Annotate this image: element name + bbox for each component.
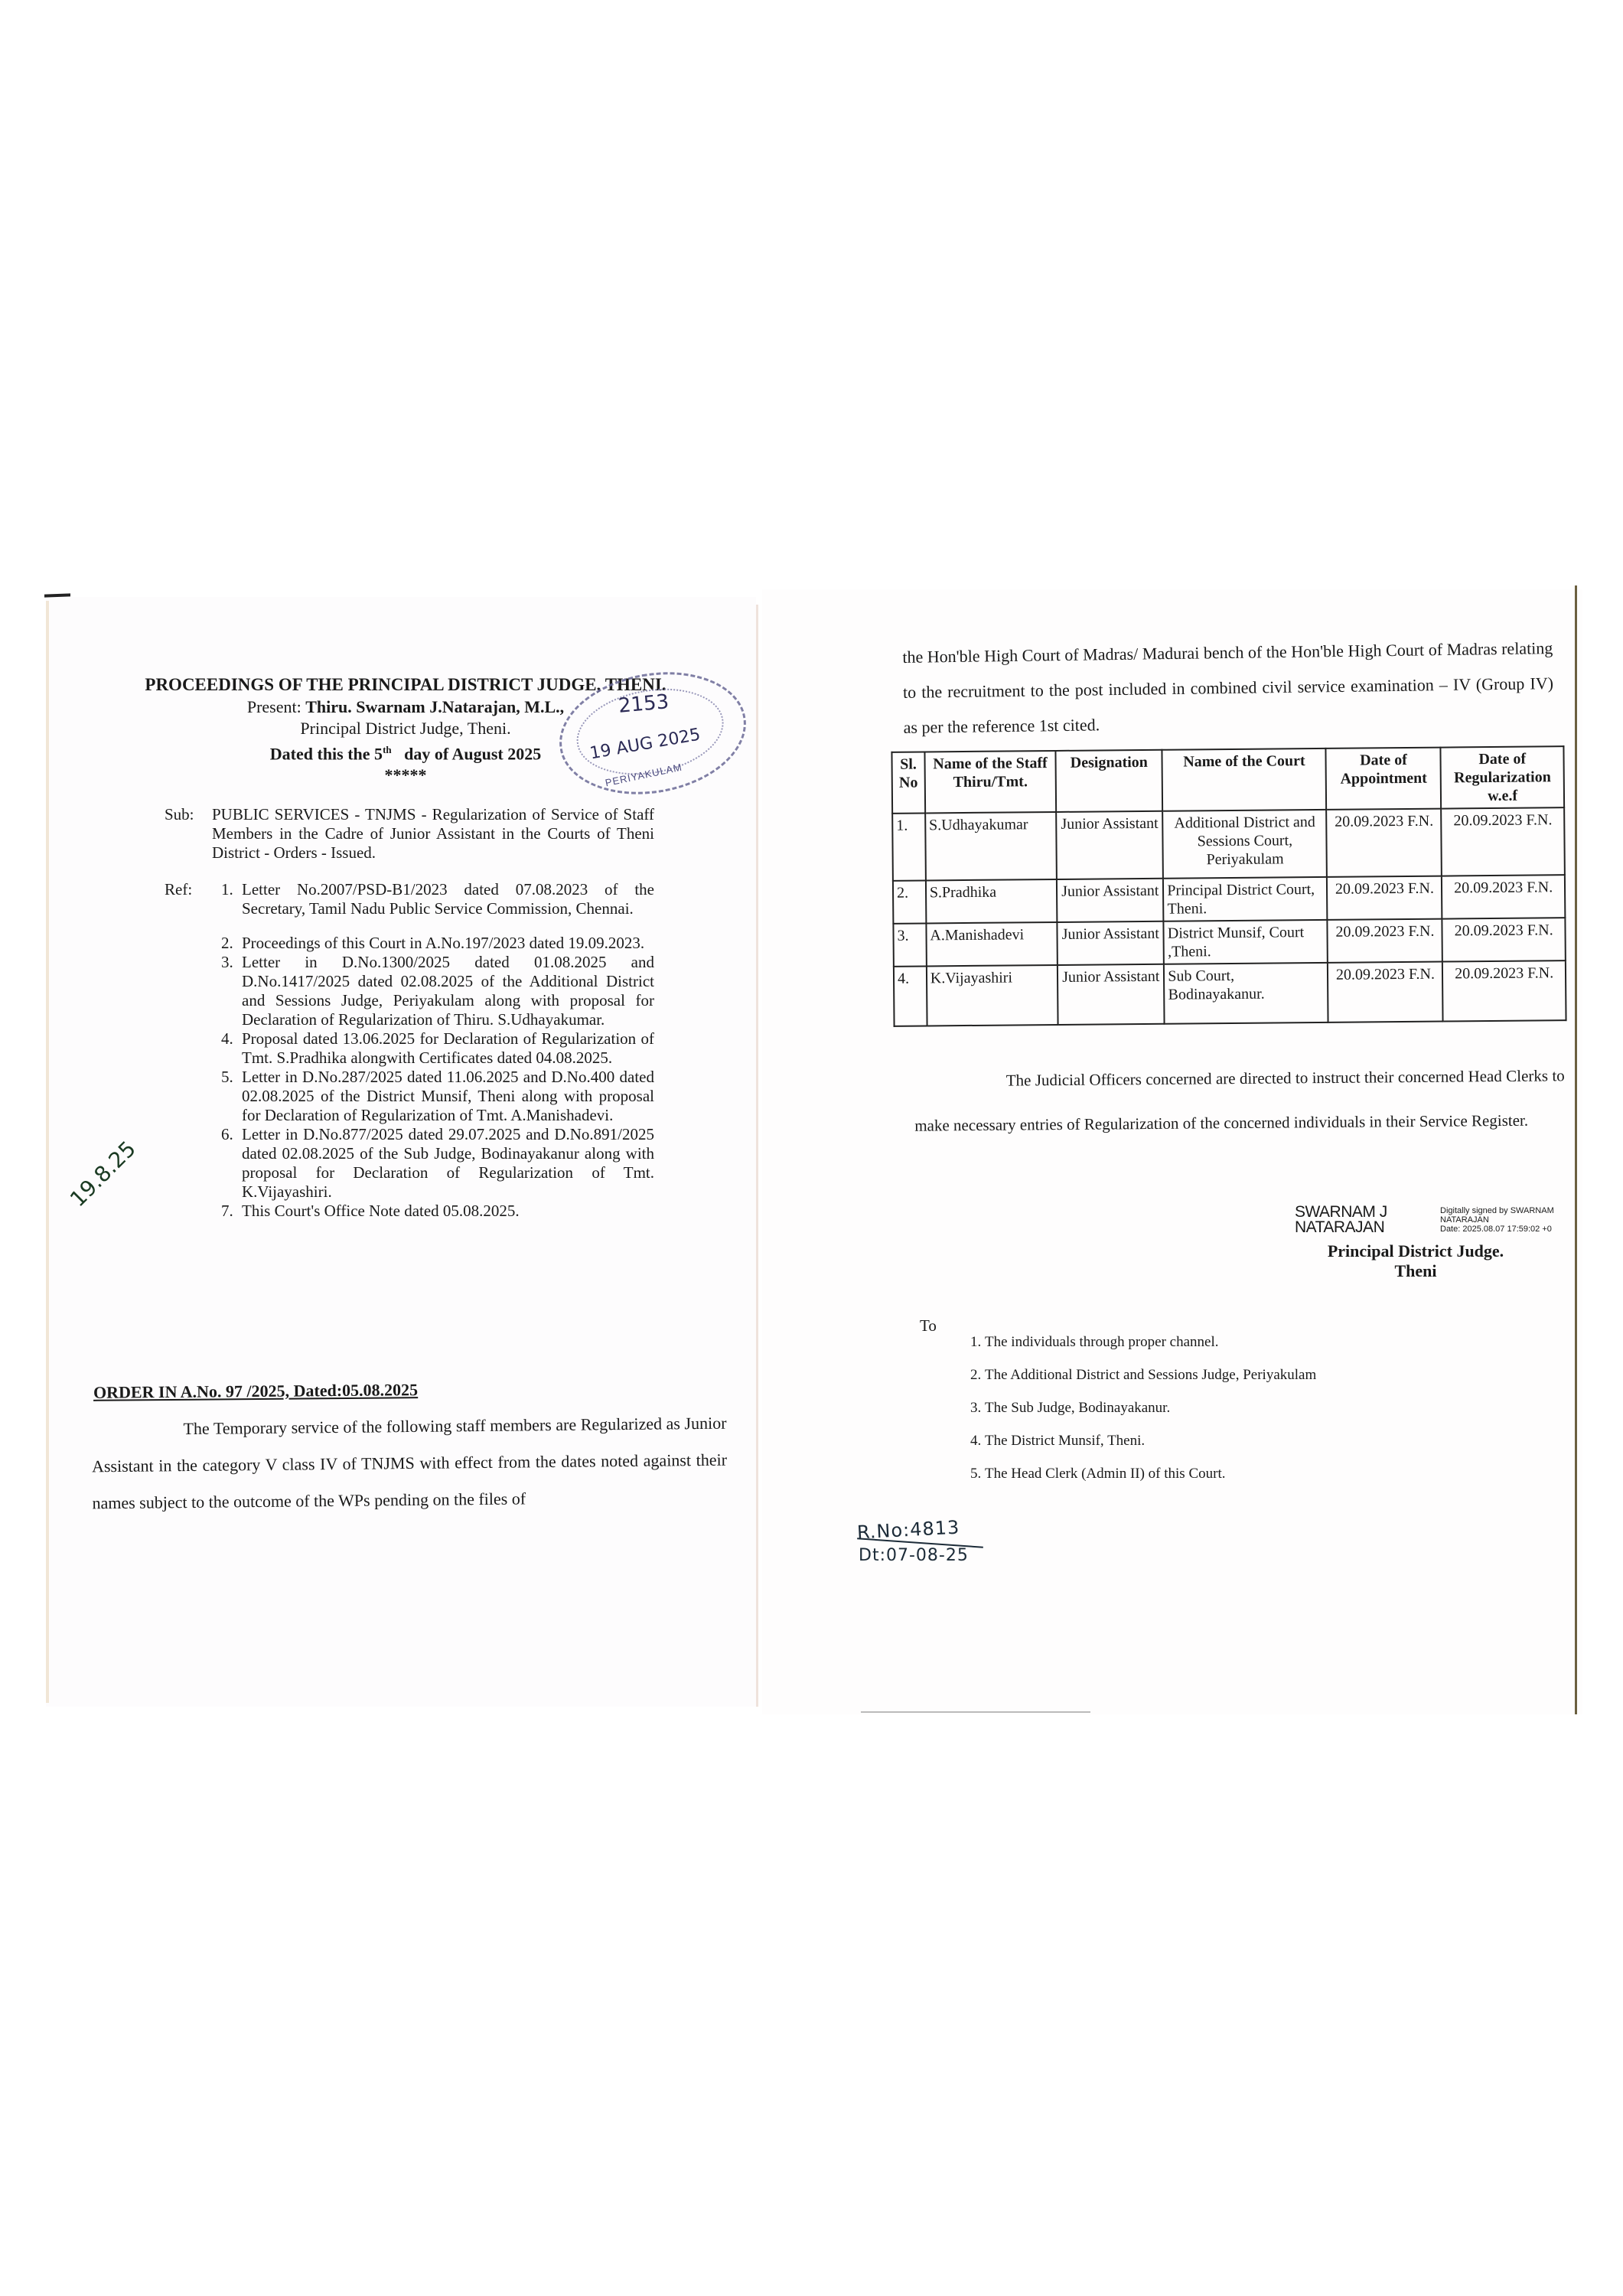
present-prefix: Present: <box>247 697 305 716</box>
recipient-item: The Head Clerk (Admin II) of this Court. <box>985 1457 1316 1490</box>
table-header-row: Sl. No Name of the Staff Thiru/Tmt. Desi… <box>891 746 1564 814</box>
col-court: Name of the Court <box>1162 748 1327 811</box>
table-row: 4. K.Vijayashiri Junior Assistant Sub Co… <box>894 960 1566 1026</box>
recipient-item: The District Munsif, Theni. <box>985 1424 1316 1457</box>
staff-table: Sl. No Name of the Staff Thiru/Tmt. Desi… <box>891 745 1566 1027</box>
references-block: Ref: Letter No.2007/PSD-B1/2023 dated 07… <box>165 880 654 1221</box>
recipients-list: The individuals through proper channel. … <box>960 1326 1316 1490</box>
recipient-item: The Additional District and Sessions Jud… <box>985 1358 1316 1391</box>
subject-block: Sub: PUBLIC SERVICES - TNJMS - Regulariz… <box>165 805 654 863</box>
reference-item: Proceedings of this Court in A.No.197/20… <box>237 934 654 953</box>
page-edge-right <box>1575 585 1577 1714</box>
reference-item: Letter No.2007/PSD-B1/2023 dated 07.08.2… <box>237 880 654 918</box>
col-regularization: Date of Regularization w.e.f <box>1441 746 1564 808</box>
continuation-paragraph: the Hon'ble High Court of Madras/ Madura… <box>902 631 1554 745</box>
page-fold <box>756 605 758 1707</box>
table-row: 1. S.Udhayakumar Junior Assistant Additi… <box>892 807 1565 881</box>
digital-signature-note: Digitally signed by SWARNAM NATARAJAN Da… <box>1440 1206 1554 1234</box>
col-staff-name: Name of the Staff Thiru/Tmt. <box>924 751 1056 813</box>
order-paragraph: The Temporary service of the following s… <box>91 1405 727 1522</box>
page-edge-left <box>46 601 49 1703</box>
stamp-number: 2153 <box>618 690 670 718</box>
col-sl-no: Sl. No <box>891 752 925 813</box>
reference-item: Letter in D.No.287/2025 dated 11.06.2025… <box>237 1068 654 1125</box>
present-name: Thiru. Swarnam J.Natarajan, M.L., <box>305 697 564 716</box>
reference-item: This Court's Office Note dated 05.08.202… <box>237 1202 654 1221</box>
to-label: To <box>920 1316 937 1336</box>
col-appointment: Date of Appointment <box>1326 748 1442 810</box>
col-designation: Designation <box>1056 750 1163 812</box>
judicial-officers-paragraph: The Judicial Officers concerned are dire… <box>914 1053 1566 1147</box>
signatory-title: Principal District Judge. Theni <box>1301 1241 1530 1281</box>
signatory-name: SWARNAM J NATARAJAN <box>1295 1205 1387 1235</box>
subject-text: PUBLIC SERVICES - TNJMS - Regularization… <box>212 805 654 863</box>
subject-label: Sub: <box>165 805 194 824</box>
table-row: 2. S.Pradhika Junior Assistant Principal… <box>893 875 1565 924</box>
references-list: Letter No.2007/PSD-B1/2023 dated 07.08.2… <box>165 880 654 1221</box>
table-row: 3. A.Manishadevi Junior Assistant Distri… <box>893 918 1565 967</box>
references-label: Ref: <box>165 880 192 899</box>
reference-item: Proposal dated 13.06.2025 for Declaratio… <box>237 1029 654 1068</box>
page-edge-bottom <box>861 1711 1090 1713</box>
order-title: ORDER IN A.No. 97 /2025, Dated:05.08.202… <box>93 1380 418 1403</box>
reference-item: Letter in D.No.877/2025 dated 29.07.2025… <box>237 1125 654 1202</box>
reference-item: Letter in D.No.1300/2025 dated 01.08.202… <box>237 953 654 1029</box>
recipient-item: The Sub Judge, Bodinayakanur. <box>985 1391 1316 1424</box>
recipient-item: The individuals through proper channel. <box>985 1326 1316 1358</box>
handwritten-date: Dt:07-08-25 <box>859 1546 969 1565</box>
